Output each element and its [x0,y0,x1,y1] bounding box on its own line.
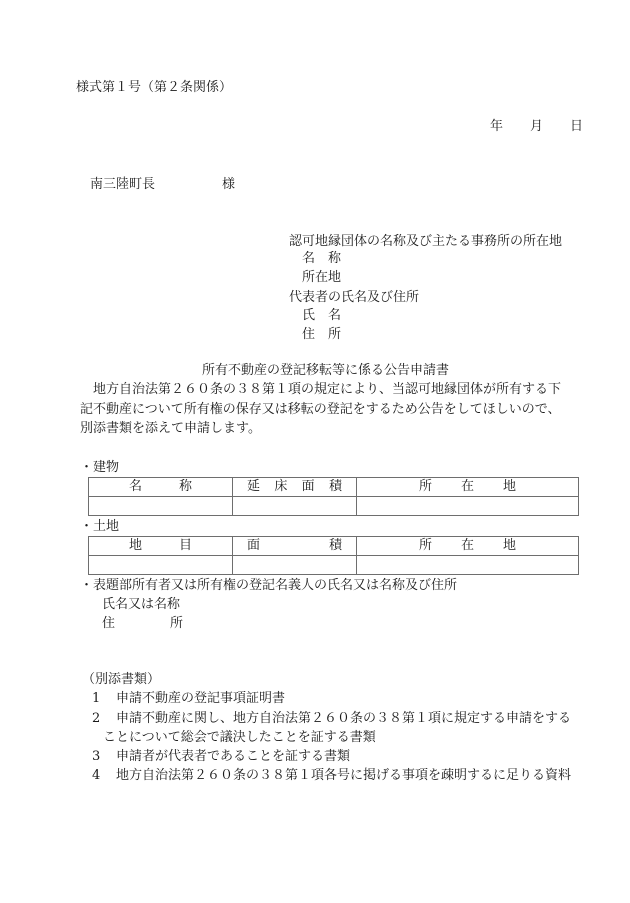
org-name-label: 名 称 [302,251,341,267]
attachment-2-continuation: ことについて総会で議決したことを証する書類 [103,730,376,746]
date-day-label: 日 [570,119,583,135]
rep-heading: 代表者の氏名及び住所 [289,290,419,306]
body-line-1: 地方自治法第２６０条の３８第１項の規定により、当認可地縁団体が所有する下 [80,382,561,398]
land-area-cell[interactable] [233,556,357,575]
org-heading: 認可地縁団体の名称及び主たる事務所の所在地 [289,234,562,250]
attachment-1-number: 1 [92,691,100,707]
attachments-heading: （別添書類） [82,672,160,688]
land-category-cell[interactable] [89,556,233,575]
owner-name-label: 氏名又は名称 [102,597,180,613]
building-col-location: 所在地 [357,478,579,497]
land-heading: ・土地 [80,519,119,535]
attachment-2-number: 2 [92,711,100,727]
owner-address-label-1: 住 [102,616,115,632]
building-col-floor-area: 延床面積 [233,478,357,497]
attachment-4-number: 4 [92,768,100,784]
land-location-cell[interactable] [357,556,579,575]
attachment-1-text: 申請不動産の登記事項証明書 [116,691,285,707]
addressee-name: 南三陸町長 [90,177,155,193]
attachment-4-text: 地方自治法第２６０条の３８第１項各号に掲げる事項を疎明するに足りる資料 [116,768,571,784]
building-table-header: 名称 延床面積 所在地 [89,478,579,497]
org-address-label: 所在地 [302,270,341,286]
land-col-area: 面積 [233,537,357,556]
land-table: 地目 面積 所在地 [88,536,579,575]
owner-heading: ・表題部所有者又は所有権の登記名義人の氏名又は名称及び住所 [80,578,457,594]
attachment-3-text: 申請者が代表者であることを証する書類 [116,749,350,765]
building-floor-area-cell[interactable] [233,497,357,516]
building-heading: ・建物 [80,460,119,476]
body-line-3: 別添書類を添えて申請します。 [80,421,261,437]
building-table: 名称 延床面積 所在地 [88,477,579,516]
form-number: 様式第１号（第２条関係） [76,80,232,96]
land-col-category: 地目 [89,537,233,556]
table-row [89,556,579,575]
land-table-header: 地目 面積 所在地 [89,537,579,556]
date-month-label: 月 [530,119,543,135]
document-title: 所有不動産の登記移転等に係る公告申請書 [202,363,449,379]
attachment-3-number: 3 [92,749,100,765]
rep-name-label: 氏 名 [302,308,341,324]
land-col-location: 所在地 [357,537,579,556]
date-year-label: 年 [490,119,503,135]
attachment-2-text: 申請不動産に関し、地方自治法第２６０条の３８第１項に規定する申請をする [116,711,571,727]
table-row [89,497,579,516]
building-name-cell[interactable] [89,497,233,516]
rep-address-label: 住 所 [302,327,341,343]
building-location-cell[interactable] [357,497,579,516]
owner-address-label-2: 所 [170,616,183,632]
addressee-honorific: 様 [222,177,235,193]
building-col-name: 名称 [89,478,233,497]
body-line-2: 記不動産について所有権の保存又は移転の登記をするため公告をしてほしいので、 [80,402,560,418]
